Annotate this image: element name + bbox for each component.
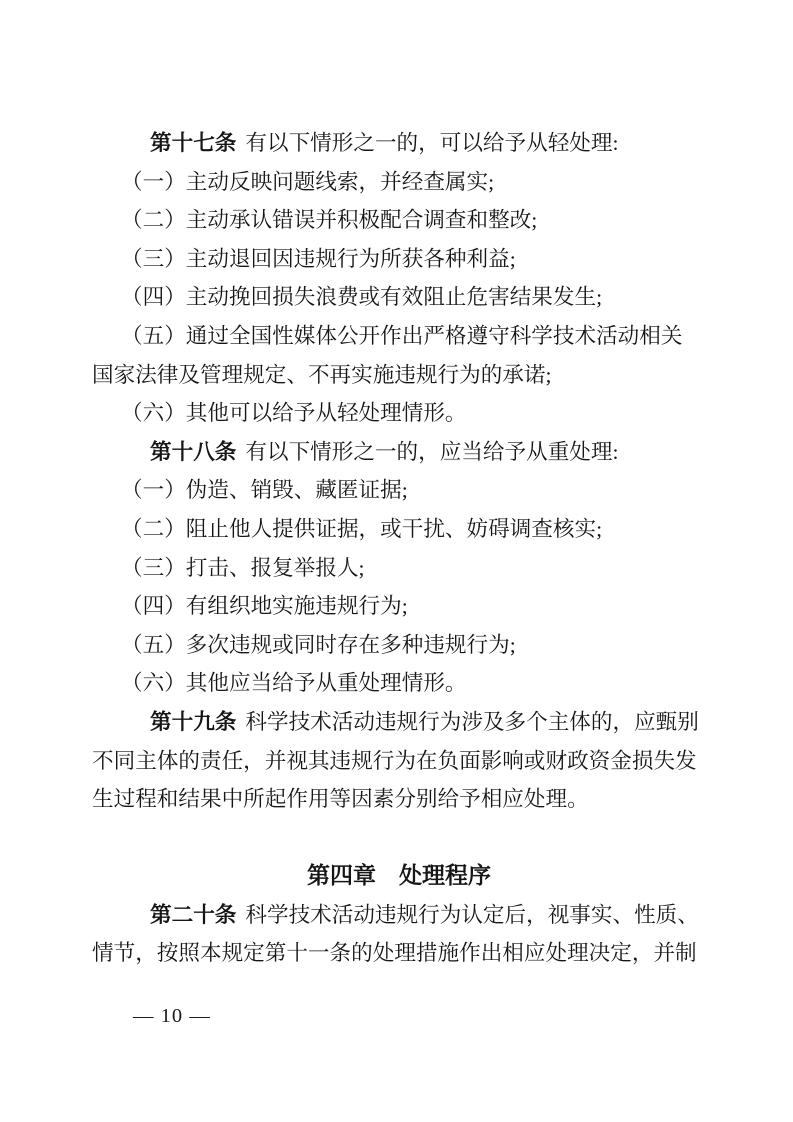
list-item-2: （二）阻止他人提供证据，或干扰、妨碍调查核实;	[92, 510, 706, 549]
list-item-1: （一）主动反映问题线索，并经查属实;	[92, 163, 706, 202]
paragraph-text: （六）其他可以给予从轻处理情形。	[121, 401, 467, 425]
list-item-2: （二）主动承认错误并积极配合调查和整改;	[92, 201, 706, 240]
paragraph-text: （五）通过全国性媒体公开作出严格遵守科学技术活动相关 国家法律及管理规定、不再实…	[92, 324, 682, 387]
list-item-5: （五）通过全国性媒体公开作出严格遵守科学技术活动相关 国家法律及管理规定、不再实…	[92, 317, 706, 394]
list-item-1: （一）伪造、销毁、藏匿证据;	[92, 471, 706, 510]
paragraph-text: （二）主动承认错误并积极配合调查和整改;	[121, 208, 537, 232]
article-number: 第十九条	[150, 710, 236, 734]
paragraph-text: （四）有组织地实施违规行为;	[121, 594, 408, 618]
article-number: 第十七条	[150, 131, 236, 155]
article-17-paragraph: 第十七条有以下情形之一的，可以给予从轻处理:	[92, 124, 706, 163]
list-item-3: （三）主动退回因违规行为所获各种利益;	[92, 240, 706, 279]
paragraph-text: 有以下情形之一的，可以给予从轻处理:	[245, 131, 618, 155]
list-item-4: （四）主动挽回损失浪费或有效阻止危害结果发生;	[92, 278, 706, 317]
article-18-paragraph: 第十八条有以下情形之一的，应当给予从重处理:	[92, 433, 706, 472]
list-item-6: （六）其他可以给予从轻处理情形。	[92, 394, 706, 433]
paragraph-text: （四）主动挽回损失浪费或有效阻止危害结果发生;	[121, 285, 602, 309]
article-20-paragraph: 第二十条科学技术活动违规行为认定后，视事实、性质、 情节，按照本规定第十一条的处…	[92, 896, 706, 973]
page-number: — 10 —	[133, 1001, 211, 1031]
paragraph-text: （三）打击、报复举报人;	[121, 556, 365, 580]
paragraph-text: （一）主动反映问题线索，并经查属实;	[121, 170, 494, 194]
document-page: 第十七条有以下情形之一的，可以给予从轻处理: （一）主动反映问题线索，并经查属实…	[0, 0, 793, 1122]
article-19-paragraph: 第十九条科学技术活动违规行为涉及多个主体的，应甄别 不同主体的责任，并视其违规行…	[92, 703, 706, 819]
article-number: 第十八条	[150, 440, 236, 464]
list-item-5: （五）多次违规或同时存在多种违规行为;	[92, 626, 706, 665]
paragraph-text: （一）伪造、销毁、藏匿证据;	[121, 478, 408, 502]
list-item-3: （三）打击、报复举报人;	[92, 549, 706, 588]
chapter-heading: 第四章 处理程序	[92, 857, 706, 896]
list-item-6: （六）其他应当给予从重处理情形。	[92, 664, 706, 703]
document-body: 第十七条有以下情形之一的，可以给予从轻处理: （一）主动反映问题线索，并经查属实…	[92, 124, 706, 973]
paragraph-text: 有以下情形之一的，应当给予从重处理:	[245, 440, 618, 464]
paragraph-text: （五）多次违规或同时存在多种违规行为;	[121, 633, 516, 657]
paragraph-text: （六）其他应当给予从重处理情形。	[121, 671, 467, 695]
paragraph-text: （三）主动退回因违规行为所获各种利益;	[121, 247, 516, 271]
list-item-4: （四）有组织地实施违规行为;	[92, 587, 706, 626]
article-number: 第二十条	[150, 903, 236, 927]
paragraph-text: （二）阻止他人提供证据，或干扰、妨碍调查核实;	[121, 517, 602, 541]
